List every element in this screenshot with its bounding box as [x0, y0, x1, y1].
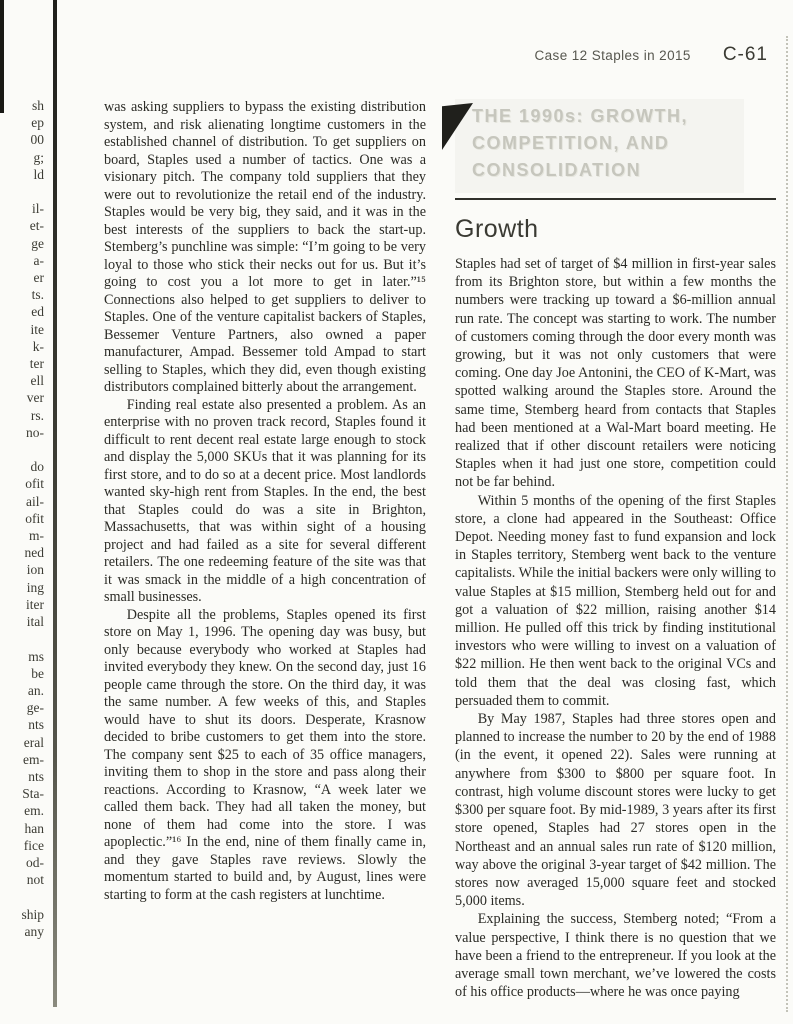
- paragraph: Despite all the problems, Staples opened…: [104, 607, 426, 905]
- banner-title-line: COMPETITION, AND: [472, 130, 744, 157]
- page-number: C-61: [723, 44, 768, 66]
- banner-title-line: CONSOLIDATION: [472, 157, 744, 184]
- running-title: Case 12 Staples in 2015: [535, 48, 691, 63]
- banner-title-line: THE 1990s: GROWTH,: [472, 103, 744, 130]
- paragraph: Staples had set of target of $4 million …: [455, 255, 776, 492]
- right-page-edge-dotted-line: [786, 36, 788, 1012]
- paragraph: Within 5 months of the opening of the fi…: [455, 492, 776, 710]
- paragraph: By May 1987, Staples had three stores op…: [455, 710, 776, 910]
- page-header: Case 12 Staples in 2015 C-61: [440, 44, 768, 66]
- right-column: THE 1990s: GROWTH, COMPETITION, AND CONS…: [455, 99, 776, 1001]
- banner-divider: [455, 198, 776, 200]
- spine-line: [53, 0, 57, 1007]
- banner-triangle-icon: [442, 103, 473, 150]
- section-heading-growth: Growth: [455, 215, 776, 244]
- paragraph: Finding real estate also presented a pro…: [104, 397, 426, 607]
- left-column: was asking suppliers to bypass the exist…: [104, 99, 426, 904]
- paragraph: was asking suppliers to bypass the exist…: [104, 99, 426, 397]
- paragraph: Explaining the success, Stemberg noted; …: [455, 910, 776, 1001]
- margin-fragments: sh ep 00 g; ld il- et- ge a- er ts. ed i…: [0, 97, 44, 940]
- section-banner: THE 1990s: GROWTH, COMPETITION, AND CONS…: [455, 99, 744, 193]
- book-page: sh ep 00 g; ld il- et- ge a- er ts. ed i…: [0, 0, 793, 1024]
